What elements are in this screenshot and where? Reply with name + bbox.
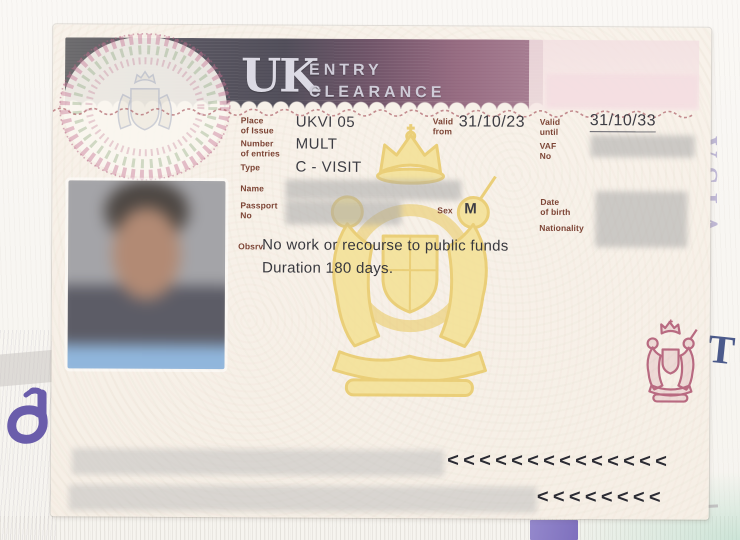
vaf-no-label: VAF No: [540, 141, 557, 161]
underlying-purple-block: [530, 520, 578, 540]
date-of-birth-label: Date of birth: [540, 197, 570, 217]
valid-from-value: 31/10/23: [459, 113, 525, 131]
valid-until-value: 31/10/33: [590, 112, 656, 132]
urdu-letter-icon: [6, 386, 56, 452]
redacted-mrz-line2: [69, 484, 537, 512]
redacted-mrz-line1: [72, 448, 444, 476]
observations-line2: Duration 180 days.: [262, 259, 393, 277]
passport-no-label: Passport No: [240, 200, 277, 220]
number-of-entries-label: Number of entries: [241, 138, 280, 158]
redacted-name: [285, 179, 461, 200]
mrz-line2-chevrons: <<<<<<<<: [537, 487, 665, 510]
place-of-issue-value: UKVI 05: [296, 114, 355, 131]
underlying-letter-mark: T: [706, 325, 737, 375]
number-of-entries-value: MULT: [296, 136, 338, 153]
observations-line1: No work or recourse to public funds: [262, 236, 509, 254]
redacted-dob-nationality: [595, 191, 687, 247]
redacted-passport-no: [285, 200, 401, 225]
sex-value: M: [464, 200, 477, 217]
sex-label: Sex: [437, 205, 452, 215]
title-clearance: CLEARANCE: [309, 81, 446, 103]
applicant-photo: [67, 180, 225, 369]
visa-sticker: UK ENTRY CLEARANCE: [51, 24, 712, 519]
nationality-label: Nationality: [539, 223, 584, 233]
title-entry: ENTRY: [309, 60, 446, 82]
mrz-line1-chevrons: <<<<<<<<<<<<<<: [447, 451, 671, 474]
place-of-issue-label: Place of Issue: [241, 115, 274, 135]
type-value: C - VISIT: [296, 159, 362, 176]
valid-from-label: Valid from: [433, 116, 453, 136]
name-label: Name: [240, 183, 264, 193]
valid-until-label: Valid until: [540, 117, 560, 137]
uk-logo: UK: [241, 52, 317, 98]
entry-clearance-title: ENTRY CLEARANCE: [309, 60, 446, 104]
observations-label: Obsrv.: [238, 241, 265, 251]
type-label: Type: [241, 162, 261, 172]
royal-coat-of-arms-stamp-icon: [635, 317, 705, 409]
redacted-vaf-no: [591, 135, 695, 158]
applicant-photo-blur: [67, 180, 225, 369]
passport-page: VISA T UK ENTRY CLEARANCE: [0, 0, 740, 540]
redacted-sticker-number: [546, 74, 698, 109]
